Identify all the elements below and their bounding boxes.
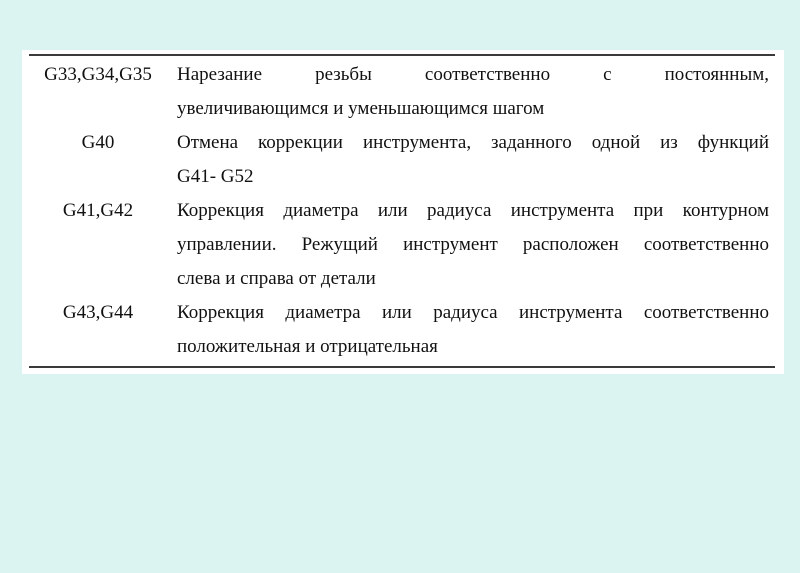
gcode-cell: G33,G34,G35 xyxy=(29,58,177,126)
table-row: G40 Отмена коррекции инструмента, заданн… xyxy=(29,126,775,194)
description-line: управлении. Режущий инструмент расположе… xyxy=(177,228,769,262)
description-line: Коррекция диаметра или радиуса инструмен… xyxy=(177,296,769,330)
description-line: Нарезание резьбы соответственно с постоя… xyxy=(177,58,769,92)
description-line: слева и справа от детали xyxy=(177,262,769,296)
description-cell: Коррекция диаметра или радиуса инструмен… xyxy=(177,296,775,364)
table-bottom-rule xyxy=(29,366,775,368)
gcode-cell: G41,G42 xyxy=(29,194,177,296)
table-top-rule xyxy=(29,54,775,56)
description-cell: Отмена коррекции инструмента, заданного … xyxy=(177,126,775,194)
description-line: увеличивающимся и уменьшающимся шагом xyxy=(177,92,769,126)
table-panel: G33,G34,G35 Нарезание резьбы соответстве… xyxy=(22,50,784,374)
table-row: G33,G34,G35 Нарезание резьбы соответстве… xyxy=(29,58,775,126)
gcode-table: G33,G34,G35 Нарезание резьбы соответстве… xyxy=(29,58,775,364)
description-cell: Нарезание резьбы соответственно с постоя… xyxy=(177,58,775,126)
gcode-cell: G40 xyxy=(29,126,177,194)
description-line: Отмена коррекции инструмента, заданного … xyxy=(177,126,769,160)
description-line: положительная и отрицательная xyxy=(177,330,769,364)
gcode-cell: G43,G44 xyxy=(29,296,177,364)
description-line: G41- G52 xyxy=(177,160,769,194)
description-cell: Коррекция диаметра или радиуса инструмен… xyxy=(177,194,775,296)
slide: G33,G34,G35 Нарезание резьбы соответстве… xyxy=(0,0,800,573)
table-row: G41,G42 Коррекция диаметра или радиуса и… xyxy=(29,194,775,296)
table-row: G43,G44 Коррекция диаметра или радиуса и… xyxy=(29,296,775,364)
description-line: Коррекция диаметра или радиуса инструмен… xyxy=(177,194,769,228)
